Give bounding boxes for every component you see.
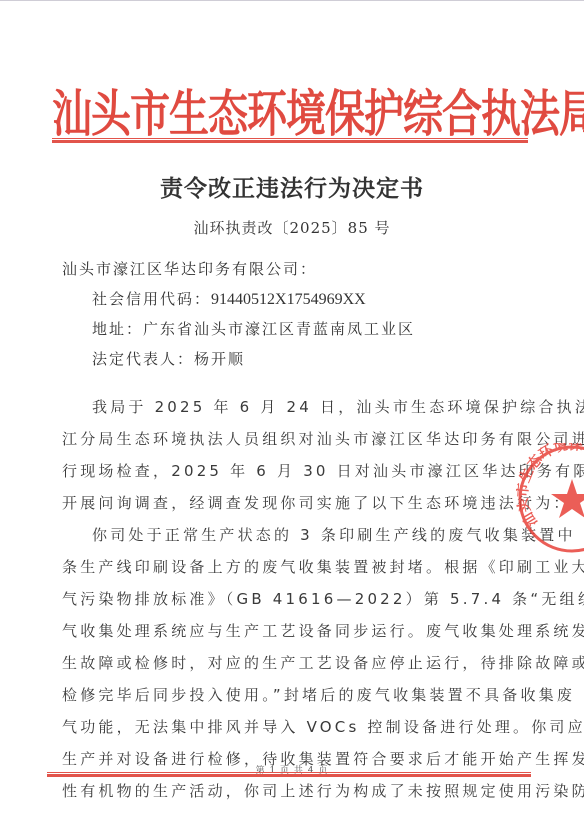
body-line: 气污染物排放标准》（GB 41616—2022）第 5.7.4 条“无组织排放废 (62, 588, 532, 609)
body-line: 生故障或检修时，对应的生产工艺设备应停止运行，待排除故障或 (62, 652, 532, 673)
document-title: 责令改正违法行为决定书 (0, 170, 584, 203)
body-line: 气功能，无法集中排风并导入 VOCs 控制设备进行处理。你司应停止 (62, 716, 532, 737)
body-line: 检修完毕后同步投入使用。”封堵后的废气收集装置不具备收集废 (62, 684, 532, 705)
footer-rule-thick (47, 774, 531, 777)
document-number: 汕环执责改〔2025〕85 号 (0, 217, 584, 238)
legal-rep-value: 杨开顺 (194, 350, 245, 368)
body-line: 你司处于正常生产状态的 3 条印刷生产线的废气收集装置中 2 (92, 524, 532, 545)
credit-code-label: 社会信用代码： (92, 290, 211, 308)
body-line: 气收集处理系统应与生产工艺设备同步运行。废气收集处理系统发 (62, 620, 532, 641)
footer-rule-thin (47, 772, 531, 773)
addressee: 汕头市濠江区华达印务有限公司： (62, 258, 317, 279)
page-top-border (0, 0, 584, 1)
masthead-rule-thin (52, 138, 528, 139)
body-line: 条生产线印刷设备上方的废气收集装置被封堵。根据《印刷工业大 (62, 556, 532, 577)
address-line: 地址：广东省汕头市濠江区青蓝南凤工业区 (92, 318, 415, 339)
body-line: 我局于 2025 年 6 月 24 日，汕头市生态环境保护综合执法局濠 (92, 396, 532, 417)
stamp-text: 汕头市生态环境保 (516, 443, 583, 530)
legal-rep-line: 法定代表人：杨开顺 (92, 348, 245, 369)
svg-text:汕头市生态环境保: 汕头市生态环境保 (516, 443, 583, 530)
body-line: 性有机物的生产活动，你司上述行为构成了未按照规定使用污染防 (62, 780, 532, 801)
address-label: 地址： (92, 320, 143, 338)
address-value: 广东省汕头市濠江区青蓝南凤工业区 (143, 320, 415, 338)
credit-code-value: 91440512X1754969XX (211, 291, 366, 308)
masthead-rule-thick (52, 140, 528, 143)
body-line: 江分局生态环境执法人员组织对汕头市濠江区华达印务有限公司进 (62, 428, 532, 449)
credit-code-line: 社会信用代码：91440512X1754969XX (92, 288, 366, 309)
body-line: 开展问询调查，经调查发现你司实施了以下生态环境违法行为： (62, 492, 532, 513)
legal-rep-label: 法定代表人： (92, 350, 194, 368)
body-line: 行现场检查，2025 年 6 月 30 日对汕头市濠江区华达印务有限公司 (62, 460, 532, 481)
